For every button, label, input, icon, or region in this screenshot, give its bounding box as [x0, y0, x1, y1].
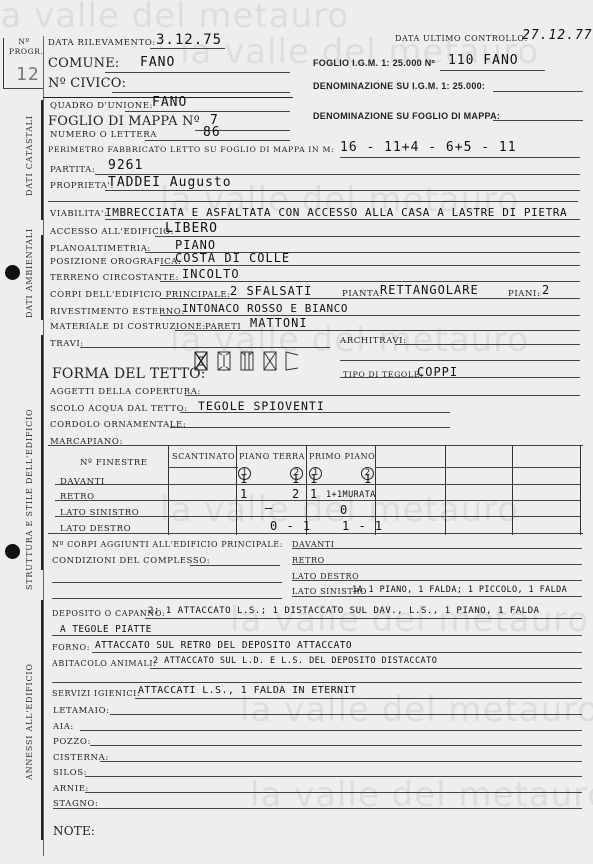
accesso-value[interactable]: LIBERO	[165, 221, 218, 236]
underline	[493, 120, 583, 121]
travi-label: TRAVI:	[50, 339, 84, 349]
data-rilevamento-label: DATA RILEVAMENTO:	[48, 38, 156, 48]
denom-igm-label: DENOMINAZIONE SU I.G.M. 1: 25.000:	[313, 81, 485, 91]
cell-pt1[interactable]: 1	[240, 487, 248, 501]
divider	[41, 100, 43, 220]
lato-sinistro-value[interactable]: 1A 1 PIANO, 1 FALDA; 1 PICCOLO, 1 FALDA	[352, 585, 567, 595]
pianta-value[interactable]: RETTANGOLARE	[380, 283, 479, 297]
punch-hole	[5, 265, 20, 280]
underline	[105, 72, 290, 73]
punch-hole	[5, 544, 20, 559]
rivestimento-value[interactable]: INTONACO ROSSO E BIANCO	[182, 302, 348, 315]
numero-label: NUMERO o LETTERA	[50, 130, 157, 140]
underline	[340, 157, 580, 158]
silos-label: SILOS:	[53, 768, 87, 778]
underline	[292, 580, 582, 581]
cell-pt2[interactable]: 2	[292, 487, 300, 501]
corpi-aggiunti-label: Nº CORPI AGGIUNTI ALL'EDIFICIO PRINCIPAL…	[52, 540, 283, 549]
plano-value[interactable]: PIANO	[175, 238, 216, 252]
viabilita-value[interactable]: IMBRECCIATA E ASFALTATA CON ACCESSO ALLA…	[105, 206, 567, 219]
perimetro-label: PERIMETRO FABBRICATO LETTO SU FOGLIO DI …	[48, 145, 334, 154]
abitacolo-label: ABITACOLO ANIMALI:	[52, 659, 156, 668]
divider	[445, 445, 446, 535]
terreno-value[interactable]: INCOLTO	[182, 267, 240, 281]
divider	[236, 445, 237, 535]
underline	[52, 582, 282, 583]
roof-hip-icon[interactable]	[263, 351, 277, 371]
aia-label: AIA:	[53, 722, 74, 732]
forno-value[interactable]: ATTACCATO SUL RETRO DEL DEPOSITO ATTACCA…	[95, 640, 352, 651]
pozzo-label: POZZO:	[53, 737, 91, 747]
underline	[292, 564, 582, 565]
underline	[48, 201, 578, 202]
underline	[52, 635, 582, 636]
divider	[43, 36, 44, 856]
pareti-value[interactable]: MATTONI	[250, 316, 308, 330]
underline	[90, 745, 582, 746]
underline	[55, 484, 580, 485]
underline	[52, 598, 282, 599]
denom-mappa-label: DENOMINAZIONE SU FOGLIO DI MAPPA:	[313, 111, 500, 121]
section-label-annessi: ANNESSI ALL'EDIFICIO	[25, 663, 34, 780]
forno-label: FORNO:	[52, 643, 90, 652]
roof-gable-icon[interactable]	[217, 351, 231, 371]
underline	[340, 377, 580, 378]
underline	[170, 427, 450, 428]
underline	[160, 281, 580, 282]
plano-label: PLANOALTIMETRIA:	[50, 244, 151, 254]
underline	[175, 330, 580, 331]
scolo-label: SCOLO ACQUA DAL TETTO:	[50, 404, 188, 414]
piani-value[interactable]: 2	[542, 283, 550, 297]
col-header-scantinato: SCANTINATO	[172, 452, 235, 461]
civico-label: Nº CIVICO:	[48, 76, 126, 91]
n-prog-value: 12	[16, 64, 40, 85]
col-header-finestre: Nº FINESTRE	[80, 458, 148, 468]
divider	[41, 600, 43, 840]
note-label: NOTE:	[53, 824, 95, 838]
corpi-value[interactable]: 2 SFALSATI	[230, 284, 312, 298]
divider	[512, 445, 513, 535]
underline	[155, 236, 580, 237]
partita-label: PARTITA:	[50, 165, 95, 175]
comune-value[interactable]: FANO	[140, 55, 175, 70]
divider	[41, 335, 43, 570]
data-rilevamento-value[interactable]: 3.12.75	[156, 32, 222, 48]
quadro-value[interactable]: FANO	[152, 95, 187, 110]
cell-pt[interactable]: 0 - 1	[270, 519, 311, 533]
viabilita-label: VIABILITA':	[50, 209, 107, 219]
data-ultimo-controllo-label: DATA ULTIMO CONTROLLO:	[395, 34, 528, 43]
partita-value[interactable]: 9261	[108, 158, 143, 173]
underline	[80, 347, 330, 348]
divider	[3, 88, 43, 89]
underline	[292, 548, 582, 549]
cell-pp[interactable]: 1 - 1	[342, 519, 383, 533]
servizi-label: SERVIZI IGIENICI:	[52, 689, 140, 698]
servizi-value[interactable]: ATTACCATI L.S., 1 FALDA IN ETERNIT	[138, 685, 356, 696]
underline	[110, 714, 582, 715]
arnie-label: ARNIE:	[53, 784, 89, 794]
underline	[92, 652, 582, 653]
underline	[150, 48, 225, 49]
underline	[292, 596, 582, 597]
section-label-ambientali: DATI AMBIENTALI	[25, 228, 34, 318]
cordolo-label: CORDOLO ORNAMENTALE:	[50, 420, 186, 430]
cell-pp1[interactable]: 1	[310, 487, 318, 501]
underline	[160, 298, 580, 299]
underline	[493, 91, 583, 92]
underline	[160, 315, 580, 316]
divider	[580, 445, 581, 535]
underline	[53, 808, 582, 809]
underline	[168, 467, 238, 468]
section-label-struttura: STRUTTURA E STILE DELL'EDIFICIO	[25, 409, 34, 590]
underline	[440, 70, 545, 71]
deposito-value-2[interactable]: A TEGOLE PIATTE	[60, 624, 152, 635]
n-prog-label: Nº PROGR.	[9, 37, 39, 57]
data-ultimo-controllo-value[interactable]: 27.12.77	[522, 28, 593, 43]
roof-double-gable-icon[interactable]	[240, 351, 254, 371]
underline	[48, 445, 583, 446]
underline	[160, 265, 580, 266]
note-field[interactable]	[95, 822, 580, 856]
deposito-value[interactable]: 2; 1 ATTACCATO L.S.; 1 DISTACCATO SUL DA…	[148, 605, 539, 616]
divider	[3, 38, 4, 88]
underline	[135, 698, 582, 699]
comune-label: COMUNE:	[48, 56, 120, 71]
underline	[105, 219, 580, 220]
forma-tetto-label: FORMA DEL TETTO:	[52, 366, 206, 382]
underline	[100, 761, 582, 762]
divider	[41, 235, 43, 320]
section-label-catastali: DATI CATASTALI	[25, 115, 34, 196]
watermark: la valle del metauro	[240, 690, 593, 730]
underline	[48, 533, 583, 534]
underline	[80, 730, 582, 731]
underline	[150, 668, 582, 669]
cell-pp[interactable]: 0	[340, 503, 348, 517]
scolo-value[interactable]: TEGOLE SPIOVENTI	[198, 399, 325, 413]
underline	[180, 412, 450, 413]
underline	[145, 618, 582, 619]
underline	[340, 360, 580, 361]
underline	[145, 140, 290, 141]
underline	[190, 565, 280, 566]
cell-pt[interactable]: —	[265, 501, 273, 515]
aggetti-label: AGGETTI DELLA COPERTURA:	[50, 387, 201, 397]
watermark: la valle del metauro	[0, 0, 349, 36]
underline	[395, 344, 580, 345]
row-label-davanti: DAVANTI	[60, 477, 105, 487]
underline	[55, 516, 580, 517]
underline	[105, 190, 580, 191]
underline	[185, 395, 580, 396]
perimetro-value[interactable]: 16 - 11+4 - 6+5 - 11	[340, 140, 517, 155]
foglio-mappa-label: FOGLIO DI MAPPA Nº	[48, 114, 200, 129]
abitacolo-value[interactable]: 2 ATTACCATO SUL L.D. E L.S. DEL DEPOSITO…	[153, 656, 437, 666]
roof-hip-crossed-icon[interactable]	[194, 351, 208, 371]
underline	[112, 92, 290, 93]
cell-pp2[interactable]: 1+1MURATA	[326, 490, 376, 500]
underline	[55, 500, 580, 501]
underline	[85, 792, 582, 793]
underline	[375, 467, 580, 468]
underline	[52, 682, 582, 683]
divider	[168, 445, 169, 535]
foglio-igm-label: FOGLIO I.G.M. 1: 25.000 Nº	[313, 58, 435, 68]
condizioni-label: CONDIZIONI DEL COMPLESSO:	[52, 556, 210, 566]
posizione-value[interactable]: COSTA DI COLLE	[175, 251, 290, 265]
roof-single-pitch-icon[interactable]	[285, 351, 299, 371]
quadro-label: QUADRO D'UNIONE:	[50, 101, 153, 111]
foglio-igm-value[interactable]: 110 FANO	[448, 53, 519, 68]
letamaio-label: LETAMAIO:	[53, 706, 110, 716]
proprieta-value[interactable]: TADDEI Augusto	[108, 175, 232, 190]
numero-value[interactable]: 86	[203, 125, 221, 140]
watermark: la valle del metauro	[250, 775, 593, 815]
underline	[85, 776, 582, 777]
underline	[125, 111, 290, 112]
